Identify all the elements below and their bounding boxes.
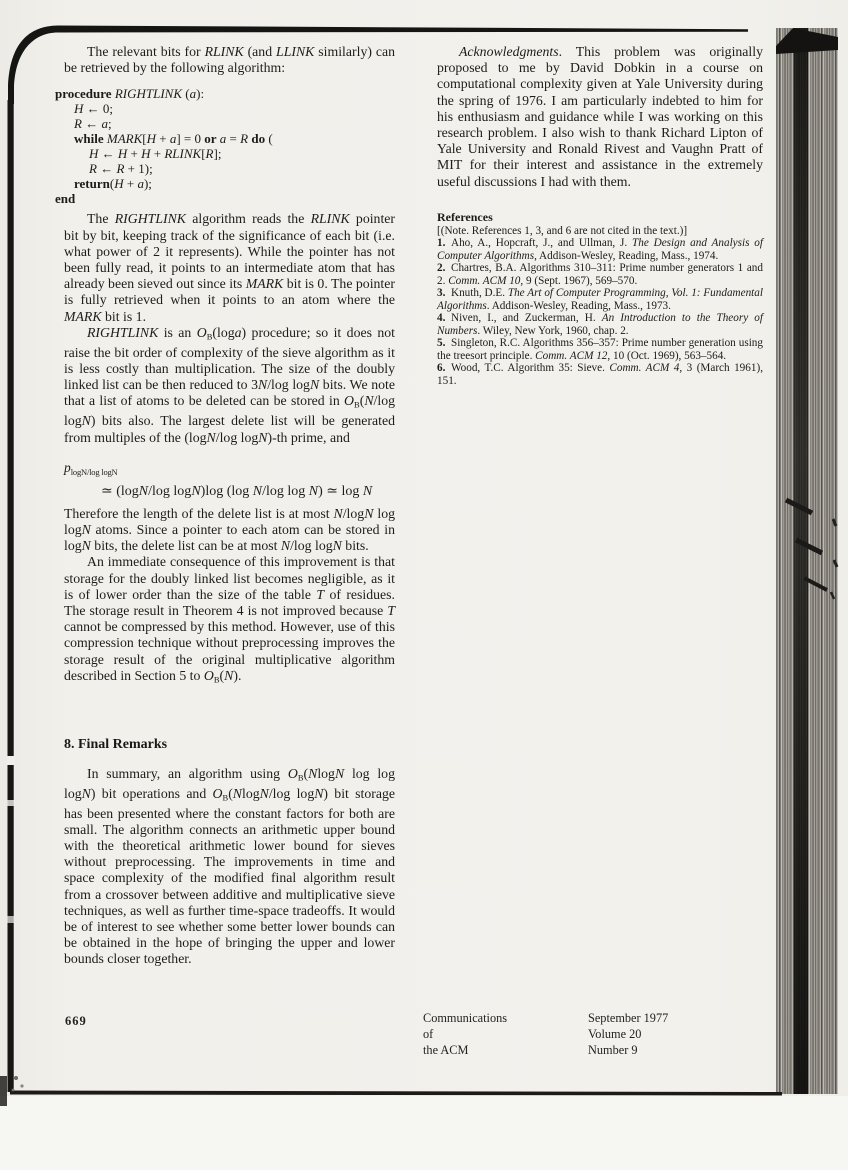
book-page-stack-edge (776, 28, 838, 1094)
references-section: References [(Note. References 1, 3, and … (437, 211, 763, 388)
paragraph-therefore: Therefore the length of the delete list … (64, 506, 395, 555)
page-number: 669 (65, 1014, 87, 1029)
algorithm-listing: procedure RIGHTLINK (a): H ← 0; R ← a; w… (55, 86, 395, 206)
formula-lhs: plogN/log logN (64, 460, 395, 480)
algorithm-line: R ← R + 1); (55, 161, 395, 176)
left-column: The relevant bits for RLINK (and LLINK s… (64, 44, 395, 968)
book-spine-shadow (794, 28, 808, 1094)
references-note: [(Note. References 1, 3, and 6 are not c… (437, 225, 763, 238)
scanner-background (0, 1096, 848, 1170)
algorithm-line: H ← 0; (55, 101, 395, 116)
paragraph-rightlink-reads: The RIGHTLINK algorithm reads the RLINK … (64, 211, 395, 324)
references-heading: References (437, 211, 763, 224)
algorithm-line: return(H + a); (55, 176, 395, 191)
footer-issue-line: September 1977 (588, 1011, 668, 1027)
formula-rhs: ≃ (logN/log logN)log (log N/log log N) ≃… (64, 484, 395, 499)
algorithm-line: R ← a; (55, 116, 395, 131)
right-column: Acknowledgments. This problem was origin… (437, 44, 763, 387)
footer-journal-line: the ACM (423, 1043, 507, 1059)
footer-issue: September 1977 Volume 20 Number 9 (588, 1011, 668, 1058)
section-heading-final-remarks: 8. Final Remarks (64, 736, 395, 753)
reference-item: 3. Knuth, D.E. The Art of Computer Progr… (437, 287, 763, 312)
scanned-journal-page: The relevant bits for RLINK (and LLINK s… (0, 0, 848, 1170)
footer-journal-line: Communications (423, 1011, 507, 1027)
footer-issue-line: Volume 20 (588, 1027, 668, 1043)
algorithm-line: end (55, 191, 395, 206)
paragraph-intro: The relevant bits for RLINK (and LLINK s… (64, 44, 395, 76)
algorithm-line: while MARK[H + a] = 0 or a = R do ( (55, 131, 395, 146)
displayed-formula: plogN/log logN ≃ (logN/log logN)log (log… (64, 460, 395, 499)
paragraph-acknowledgments: Acknowledgments. This problem was origin… (437, 44, 763, 190)
footer-journal: Communications of the ACM (423, 1011, 507, 1058)
algorithm-line: H ← H + H + RLINK[R]; (55, 146, 395, 161)
algorithm-line: procedure RIGHTLINK (a): (55, 86, 395, 101)
reference-item: 5. Singleton, R.C. Algorithms 356–357: P… (437, 337, 763, 362)
reference-item: 4. Niven, I., and Zuckerman, H. An Intro… (437, 312, 763, 337)
footer-journal-line: of (423, 1027, 507, 1043)
reference-item: 1. Aho, A., Hopcraft, J., and Ullman, J.… (437, 237, 763, 262)
paragraph-rightlink-complexity: RIGHTLINK is an OB(loga) procedure; so i… (64, 325, 395, 446)
reference-item: 2. Chartres, B.A. Algorithms 310–311: Pr… (437, 262, 763, 287)
footer-issue-line: Number 9 (588, 1043, 668, 1059)
reference-item: 6. Wood, T.C. Algorithm 35: Sieve. Comm.… (437, 362, 763, 387)
paragraph-consequence: An immediate consequence of this improve… (64, 554, 395, 687)
paragraph-summary: In summary, an algorithm using OB(NlogN … (64, 766, 395, 968)
